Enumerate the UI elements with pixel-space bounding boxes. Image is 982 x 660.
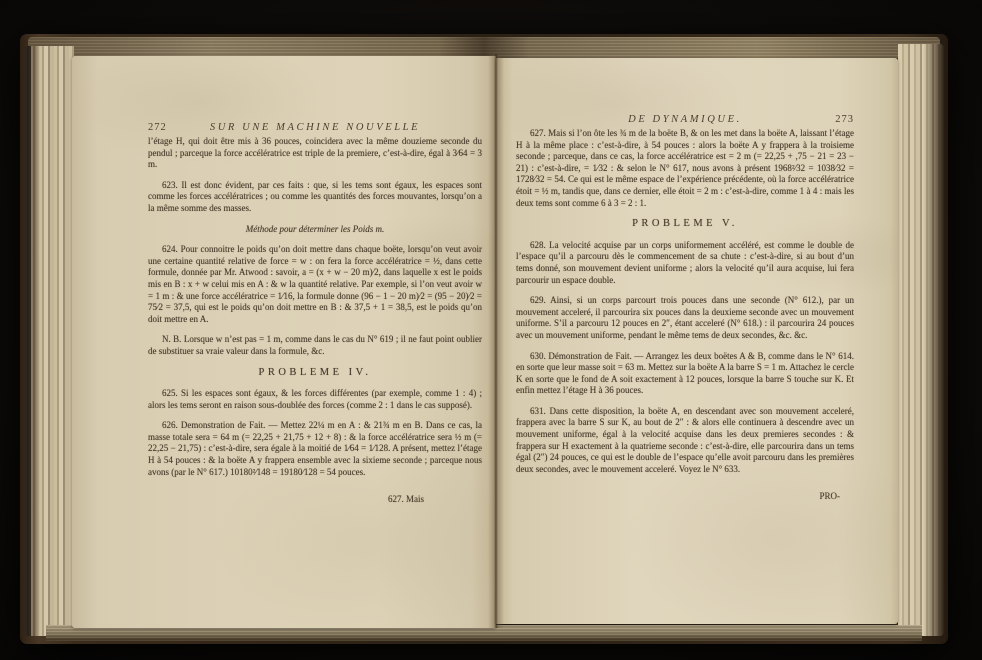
heading-caps: PROBLEME V. — [516, 218, 854, 230]
paragraph: 626. Demonstration de Fait. — Mettez 22¼… — [148, 420, 482, 478]
page-edges-top — [28, 37, 940, 58]
paragraph: l’étage H, qui doit être mis à 36 pouces… — [148, 136, 482, 171]
page-edges-right — [898, 44, 944, 636]
catchword: PRO- — [516, 491, 854, 503]
right-running-title: DE DYNAMIQUE. — [556, 114, 814, 125]
left-page-text: 272 SUR UNE MACHINE NOUVELLE l’étage H, … — [148, 122, 482, 506]
paragraph: 631. Dans cette disposition, la boëte A,… — [516, 406, 854, 476]
paragraph: 623. Il est donc évident, par ces faits … — [148, 180, 482, 215]
paragraph: 628. La velocité acquise par un corps un… — [516, 240, 854, 286]
paragraph: 629. Ainsi, si un corps parcourt trois p… — [516, 295, 854, 341]
paragraph: 624. Pour connoitre le poids qu’on doit … — [148, 244, 482, 325]
book: 272 SUR UNE MACHINE NOUVELLE l’étage H, … — [20, 34, 948, 644]
photo-background: 272 SUR UNE MACHINE NOUVELLE l’étage H, … — [0, 0, 982, 660]
right-page-header: DE DYNAMIQUE. 273 — [516, 114, 854, 125]
paragraph: 625. Si les espaces sont égaux, & les fo… — [148, 388, 482, 411]
heading-italic: Méthode pour déterminer les Poids m. — [148, 224, 482, 236]
paragraph: 630. Démonstration de Fait. — Arrangez l… — [516, 351, 854, 397]
right-page: DE DYNAMIQUE. 273 627. Mais si l’on ôte … — [496, 58, 898, 624]
page-edges-left — [24, 46, 74, 636]
right-page-text: DE DYNAMIQUE. 273 627. Mais si l’on ôte … — [516, 114, 854, 503]
left-page-content: l’étage H, qui doit être mis à 36 pouces… — [148, 136, 482, 506]
right-page-content: 627. Mais si l’on ôte les ¾ m de la boët… — [516, 128, 854, 503]
left-running-title: SUR UNE MACHINE NOUVELLE — [188, 122, 442, 133]
paragraph: N. B. Lorsque w n’est pas = 1 m, comme d… — [148, 334, 482, 357]
left-page: 272 SUR UNE MACHINE NOUVELLE l’étage H, … — [72, 56, 496, 628]
paragraph: 627. Mais si l’on ôte les ¾ m de la boët… — [516, 128, 854, 209]
left-page-number: 272 — [148, 122, 188, 133]
catchword: 627. Mais — [148, 494, 482, 506]
left-page-header: 272 SUR UNE MACHINE NOUVELLE — [148, 122, 482, 133]
heading-caps: PROBLEME IV. — [148, 367, 482, 379]
right-page-number: 273 — [814, 114, 854, 125]
